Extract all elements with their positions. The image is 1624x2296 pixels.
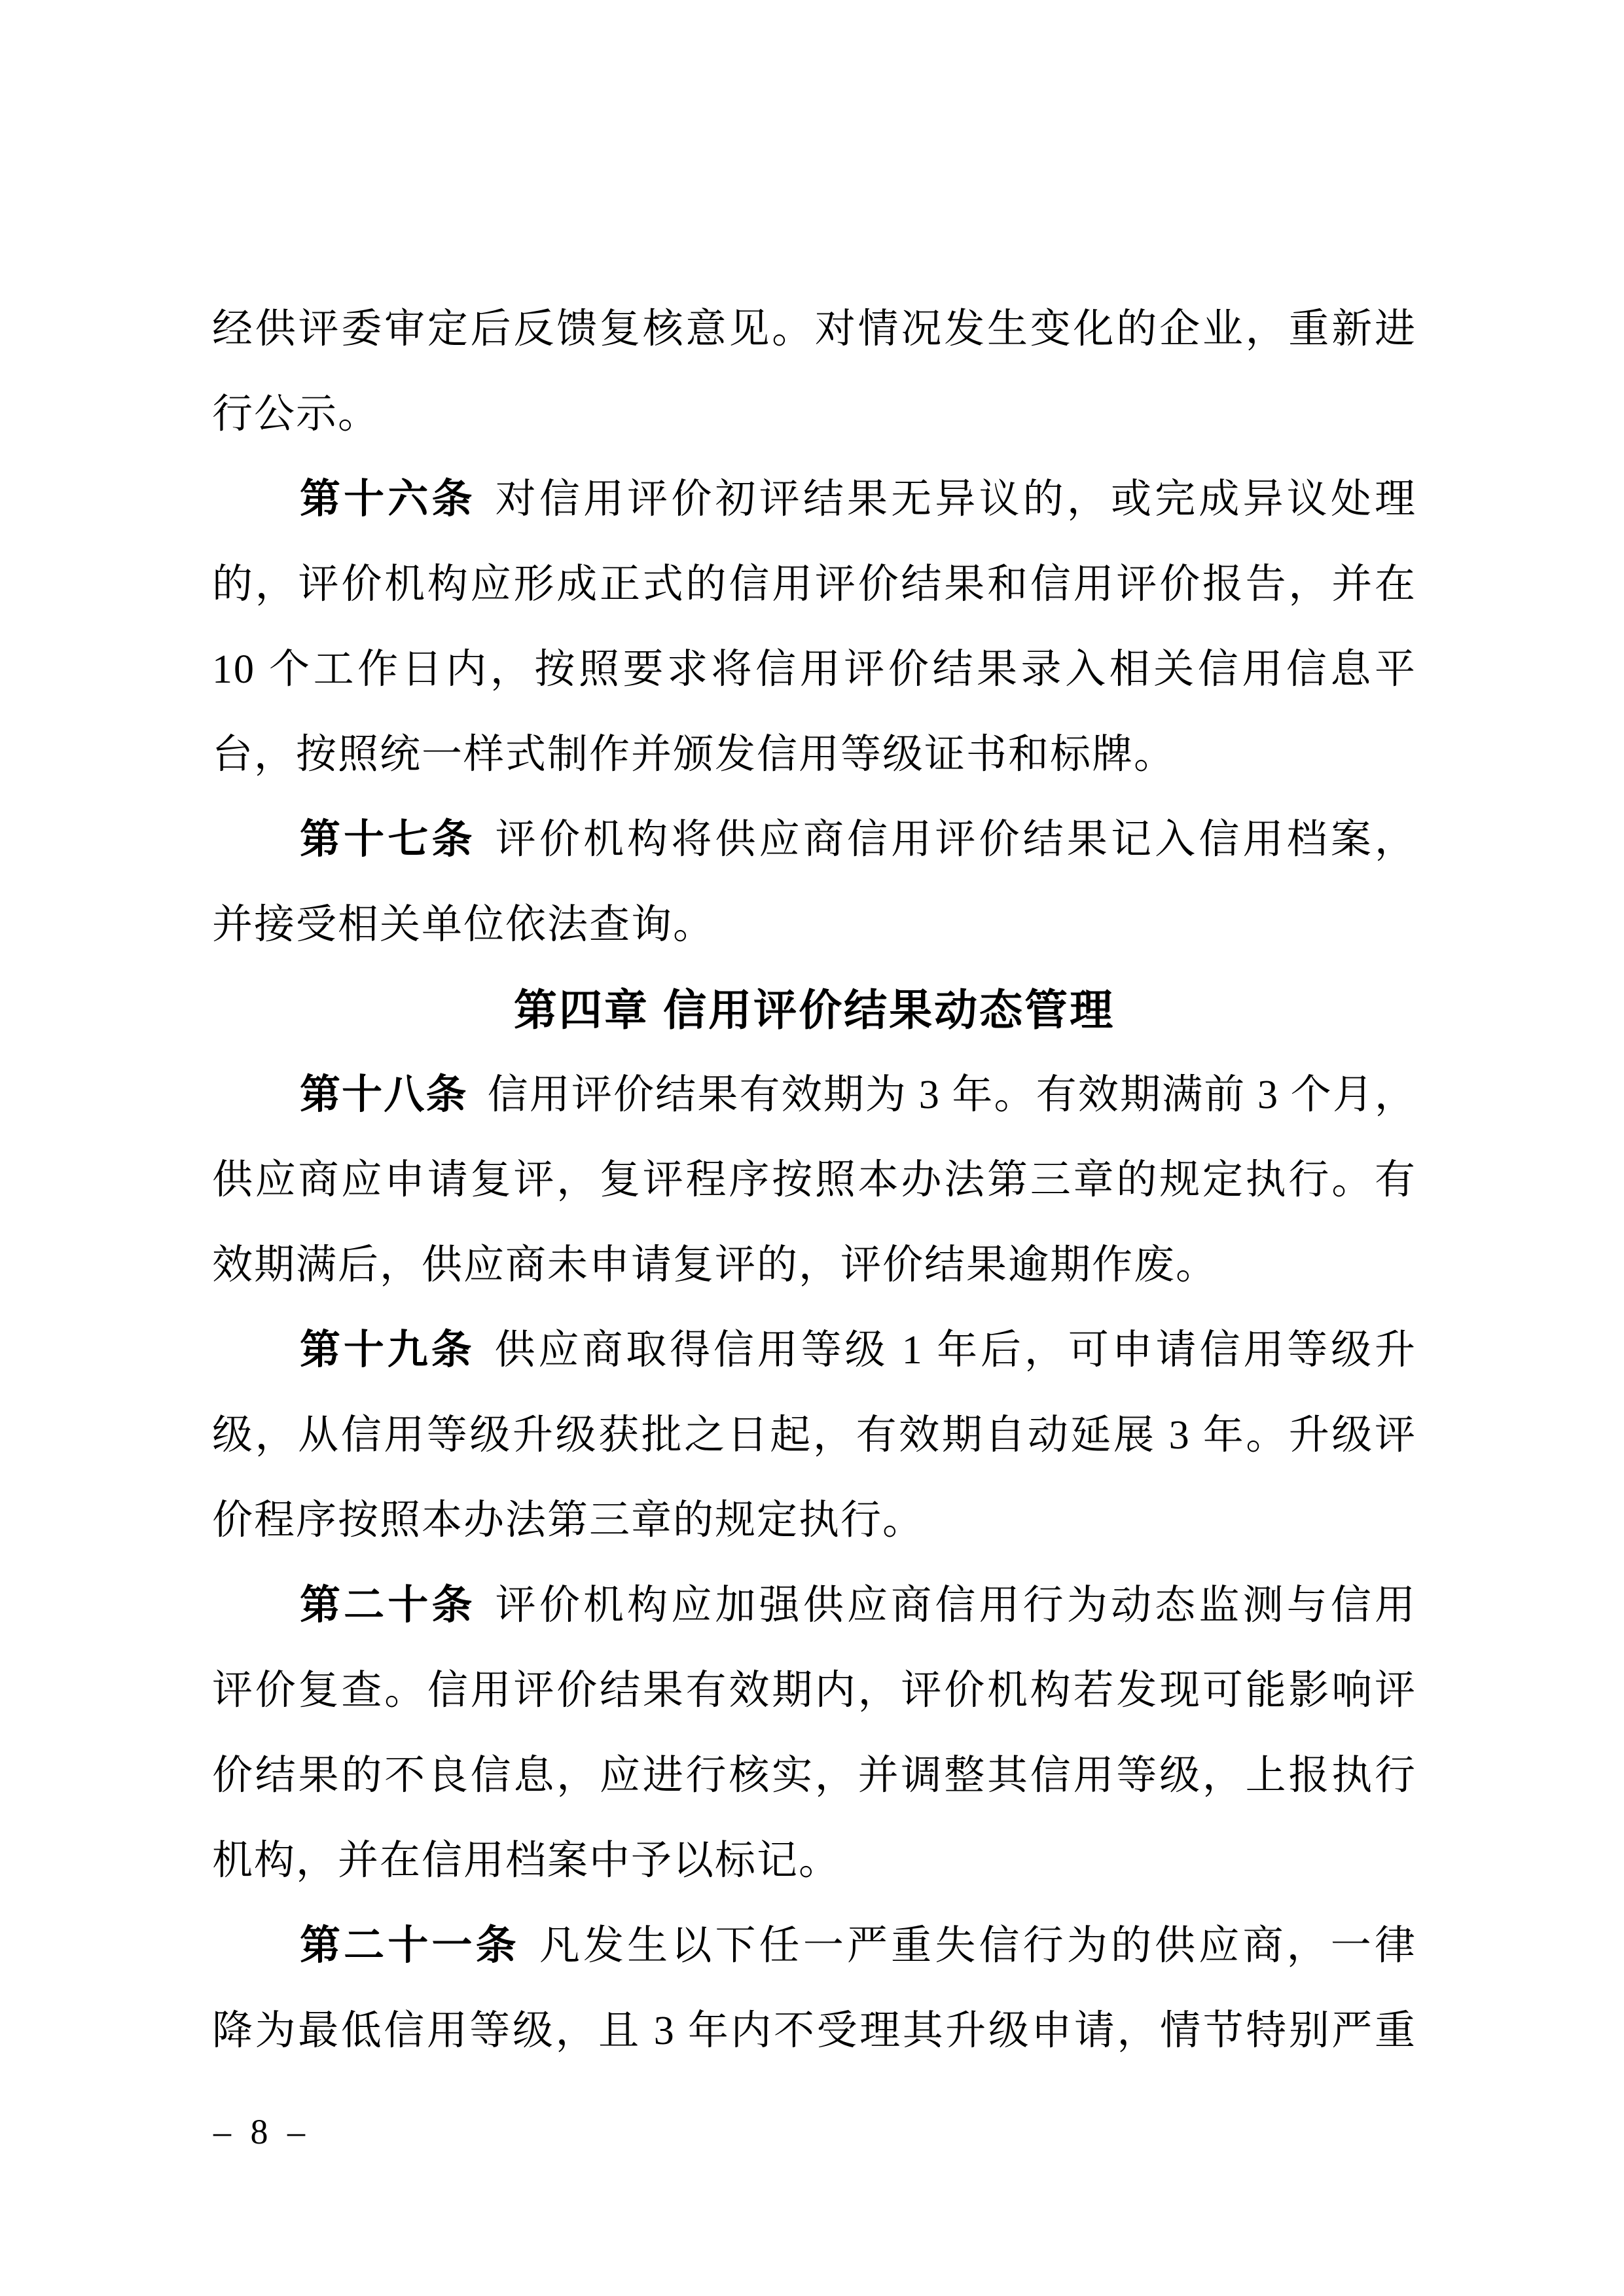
text-line: 供应商应申请复评，复评程序按照本办法第三章的规定执行。有: [212, 1138, 1416, 1223]
article-number: 第十八条: [300, 1072, 468, 1117]
article-line: 第十六条对信用评价初评结果无异议的，或完成异议处理: [212, 457, 1416, 542]
article-text: 信用评价结果有效期为 3 年。有效期满前 3 个月，: [488, 1073, 1416, 1117]
article-line: 第二十条评价机构应加强供应商信用行为动态监测与信用: [212, 1563, 1416, 1648]
text-line: 经供评委审定后反馈复核意见。对情况发生变化的企业，重新进: [212, 287, 1416, 372]
text-line: 效期满后，供应商未申请复评的，评价结果逾期作废。: [212, 1223, 1416, 1308]
article-number: 第十六条: [300, 476, 476, 522]
text-line: 并接受相关单位依法查询。: [212, 882, 1416, 967]
text-line: 级，从信用等级升级获批之日起，有效期自动延展 3 年。升级评: [212, 1393, 1416, 1478]
article-text: 凡发生以下任一严重失信行为的供应商，一律: [539, 1924, 1416, 1968]
article-line: 第十七条评价机构将供应商信用评价结果记入信用档案，: [212, 797, 1416, 882]
article-number: 第十七条: [300, 817, 476, 862]
article-line: 第二十一条凡发生以下任一严重失信行为的供应商，一律: [212, 1903, 1416, 1988]
article-text: 评价机构将供应商信用评价结果记入信用档案，: [496, 817, 1416, 862]
text-line: 的，评价机构应形成正式的信用评价结果和信用评价报告，并在: [212, 542, 1416, 627]
page-number: – 8 –: [213, 2089, 310, 2174]
article-text: 评价机构应加强供应商信用行为动态监测与信用: [496, 1583, 1416, 1628]
article-number: 第二十条: [300, 1583, 476, 1628]
text-line: 价结果的不良信息，应进行核实，并调整其信用等级，上报执行: [212, 1733, 1416, 1818]
text-line: 价程序按照本办法第三章的规定执行。: [212, 1478, 1416, 1563]
article-number: 第二十一条: [300, 1923, 520, 1968]
text-line: 降为最低信用等级，且 3 年内不受理其升级申请，情节特别严重: [212, 1988, 1416, 2073]
text-line: 机构，并在信用档案中予以标记。: [212, 1818, 1416, 1903]
article-text: 对信用评价初评结果无异议的，或完成异议处理: [496, 477, 1416, 522]
article-line: 第十八条信用评价结果有效期为 3 年。有效期满前 3 个月，: [212, 1052, 1416, 1138]
text-line: 10 个工作日内，按照要求将信用评价结果录入相关信用信息平: [212, 627, 1416, 712]
text-line: 行公示。: [212, 372, 1416, 457]
text-line: 台，按照统一样式制作并颁发信用等级证书和标牌。: [212, 712, 1416, 797]
article-line: 第十九条供应商取得信用等级 1 年后，可申请信用等级升: [212, 1308, 1416, 1393]
chapter-heading: 第四章 信用评价结果动态管理: [212, 967, 1416, 1052]
document-page: 经供评委审定后反馈复核意见。对情况发生变化的企业，重新进行公示。第十六条对信用评…: [0, 0, 1624, 2296]
article-number: 第十九条: [300, 1327, 475, 1372]
document-body: 经供评委审定后反馈复核意见。对情况发生变化的企业，重新进行公示。第十六条对信用评…: [212, 287, 1416, 2073]
article-text: 供应商取得信用等级 1 年后，可申请信用等级升: [495, 1328, 1416, 1372]
text-line: 评价复查。信用评价结果有效期内，评价机构若发现可能影响评: [212, 1648, 1416, 1733]
